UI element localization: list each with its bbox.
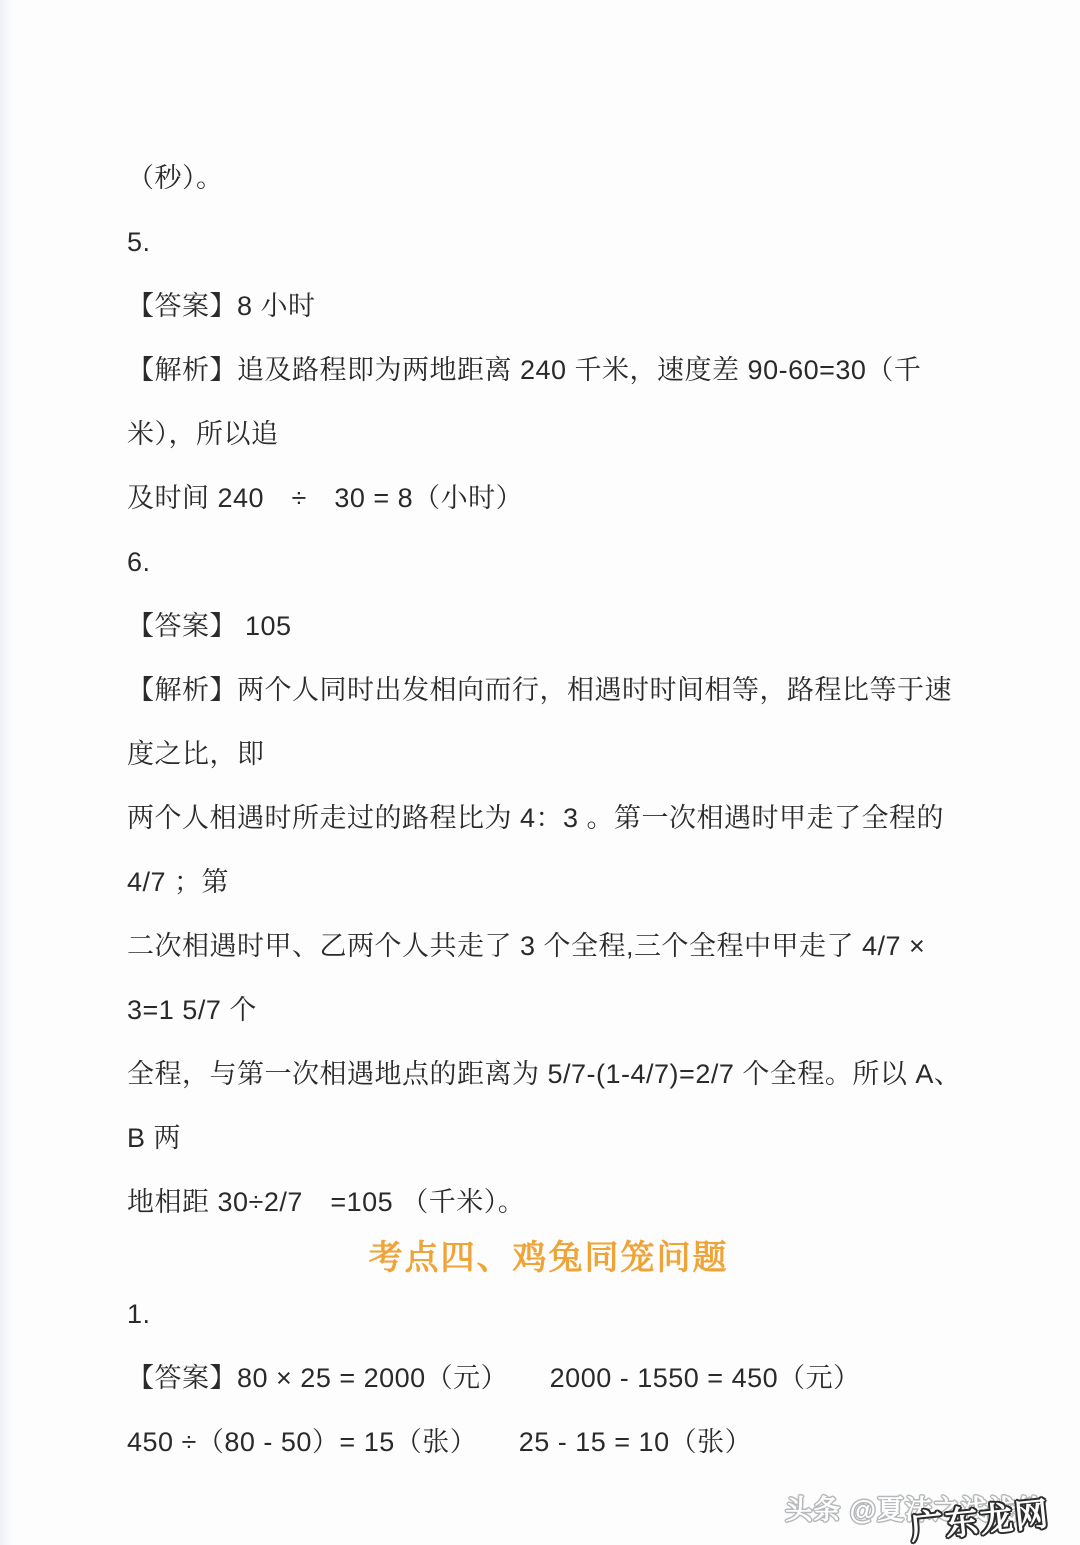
analysis-line: 二次相遇时甲、乙两个人共走了 3 个全程,三个全程中甲走了 4/7 × 3=1 … bbox=[127, 914, 970, 1042]
answer-line: 【答案】 105 bbox=[127, 594, 970, 658]
analysis-line: 地相距 30÷2/7 =105 （千米）。 bbox=[127, 1170, 970, 1234]
analysis-line: 全程，与第一次相遇地点的距离为 5/7-(1-4/7)=2/7 个全程。所以 A… bbox=[127, 1042, 970, 1170]
answer-line: 【答案】8 小时 bbox=[127, 274, 970, 338]
section-heading: 考点四、鸡兔同笼问题 bbox=[127, 1234, 970, 1282]
carryover-line: （秒）。 bbox=[127, 146, 970, 210]
analysis-line: 【解析】两个人同时出发相向而行，相遇时时间相等，路程比等于速度之比，即 bbox=[127, 658, 970, 786]
answer-sheet-content: （秒）。 5. 【答案】8 小时 【解析】追及路程即为两地距离 240 千米，速… bbox=[127, 0, 970, 1474]
answer-line: 【答案】80 × 25 = 2000（元） 2000 - 1550 = 450（… bbox=[127, 1346, 970, 1410]
document-page: （秒）。 5. 【答案】8 小时 【解析】追及路程即为两地距离 240 千米，速… bbox=[0, 0, 1080, 1545]
problem-number: 6. bbox=[127, 530, 970, 594]
problem-number: 5. bbox=[127, 210, 970, 274]
analysis-line: 【解析】追及路程即为两地距离 240 千米，速度差 90-60=30（千米），所… bbox=[127, 338, 970, 466]
answer-line: 450 ÷（80 - 50）= 15（张） 25 - 15 = 10（张） bbox=[127, 1410, 970, 1474]
problem-number: 1. bbox=[127, 1282, 970, 1346]
analysis-line: 及时间 240 ÷ 30 = 8（小时） bbox=[127, 466, 970, 530]
analysis-line: 两个人相遇时所走过的路程比为 4：3 。第一次相遇时甲走了全程的 4/7 ；第 bbox=[127, 786, 970, 914]
